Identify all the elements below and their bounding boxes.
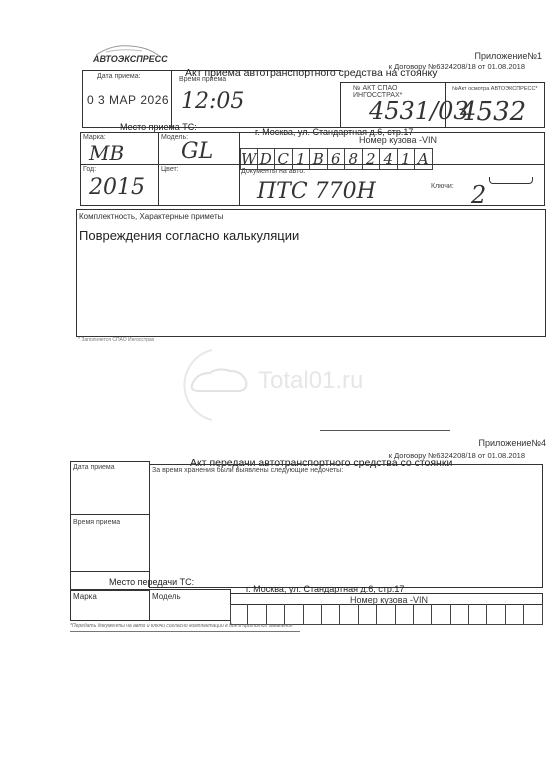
- keys-label: Ключи:: [431, 183, 454, 190]
- inspection-number-cell: №Акт осмотра АВТОЭКСПРЕСС* 4532: [445, 82, 545, 128]
- vin-char-cell: [304, 604, 322, 624]
- time-label-2: Время приема: [73, 519, 120, 526]
- brand-label-2: Марка: [73, 592, 97, 601]
- vin-char-cell: [285, 604, 303, 624]
- brand-label: Марка:: [83, 134, 106, 141]
- date-stamp: 0 3 МАР 2026: [87, 93, 169, 107]
- vin-char-cell: [469, 604, 487, 624]
- vin-char-cell: [524, 604, 542, 624]
- vin-char-cell: [340, 604, 358, 624]
- footnote: * Заполняется СПАО Ингосстрах: [78, 337, 154, 343]
- features-cell: Комплектность, Характерные приметы Повре…: [76, 209, 546, 337]
- watermark-text: Total01.ru: [258, 367, 363, 395]
- vin-char-cell: [377, 604, 395, 624]
- vin-char-cell: [230, 604, 248, 624]
- defects-cell: За время хранения были выявлены следующи…: [149, 464, 543, 588]
- vin-cells-empty: [230, 604, 543, 625]
- time-cell: Время приема 12:05: [171, 70, 341, 128]
- date-cell-2: Дата приема: [70, 461, 150, 515]
- model-cell-2: Модель: [149, 589, 231, 621]
- appendix-label: Приложение№1: [475, 51, 542, 61]
- place-label: Место приема ТС:: [120, 122, 197, 132]
- brand-value: MB: [89, 141, 124, 165]
- vin-char-cell: [396, 604, 414, 624]
- place-label-2: Место передачи ТС:: [109, 577, 194, 587]
- vin-char-cell: [414, 604, 432, 624]
- vin-char-cell: [432, 604, 450, 624]
- vin-char-cell: [451, 604, 469, 624]
- features-label: Комплектность, Характерные приметы: [79, 212, 223, 221]
- divider: [320, 430, 450, 431]
- time-cell-2: Время приема: [70, 514, 150, 572]
- year-cell: Год: 2015: [80, 164, 159, 206]
- documents-value: ПТС 770Н: [257, 179, 376, 204]
- company-logo: АВТОЭКСПРЕСС: [93, 54, 168, 64]
- defects-label: За время хранения были выявлены следующи…: [152, 467, 343, 474]
- features-value: Повреждения согласно калькуляции: [79, 228, 299, 243]
- time-label: Время приема: [179, 76, 226, 83]
- appendix-label-2: Приложение№4: [479, 438, 546, 448]
- vin-char-cell: [267, 604, 285, 624]
- footnote-2: *Передать документы на авто и ключи согл…: [70, 623, 293, 629]
- inspection-number-value: 4532: [460, 97, 526, 127]
- bottom-divider: [70, 631, 300, 632]
- documents-label: Документы на авто:: [241, 168, 305, 175]
- brand-cell: Марка: MB: [80, 132, 159, 165]
- model-cell: Модель: GL: [158, 132, 240, 165]
- vin-char-cell: [359, 604, 377, 624]
- model-value: GL: [181, 139, 213, 164]
- vin-char-cell: [248, 604, 266, 624]
- act-number-cell: № АКТ СПАО ИНГОССТРАХ* 4531/03: [340, 82, 446, 128]
- keys-bracket: [489, 177, 533, 184]
- year-value: 2015: [89, 175, 145, 200]
- model-label-2: Модель: [152, 592, 181, 601]
- date-label-2: Дата приема: [73, 464, 115, 471]
- documents-cell: Документы на авто: ПТС 770Н Ключи: 2: [239, 164, 545, 206]
- vin-char-cell: [487, 604, 505, 624]
- vin-label: Номер кузова -VIN: [359, 135, 437, 145]
- time-value: 12:05: [181, 89, 244, 114]
- keys-value: 2: [471, 181, 486, 209]
- color-label: Цвет:: [161, 166, 179, 173]
- date-cell: Дата приема: 0 3 МАР 2026: [82, 70, 172, 128]
- vin-char-cell: [506, 604, 524, 624]
- watermark-car-icon: [182, 345, 262, 425]
- inspection-number-label: №Акт осмотра АВТОЭКСПРЕСС*: [452, 86, 538, 92]
- year-label: Год:: [83, 166, 96, 173]
- date-label: Дата приема:: [97, 73, 141, 80]
- brand-cell-2: Марка: [70, 589, 150, 621]
- color-cell: Цвет:: [158, 164, 240, 206]
- vin-char-cell: [322, 604, 340, 624]
